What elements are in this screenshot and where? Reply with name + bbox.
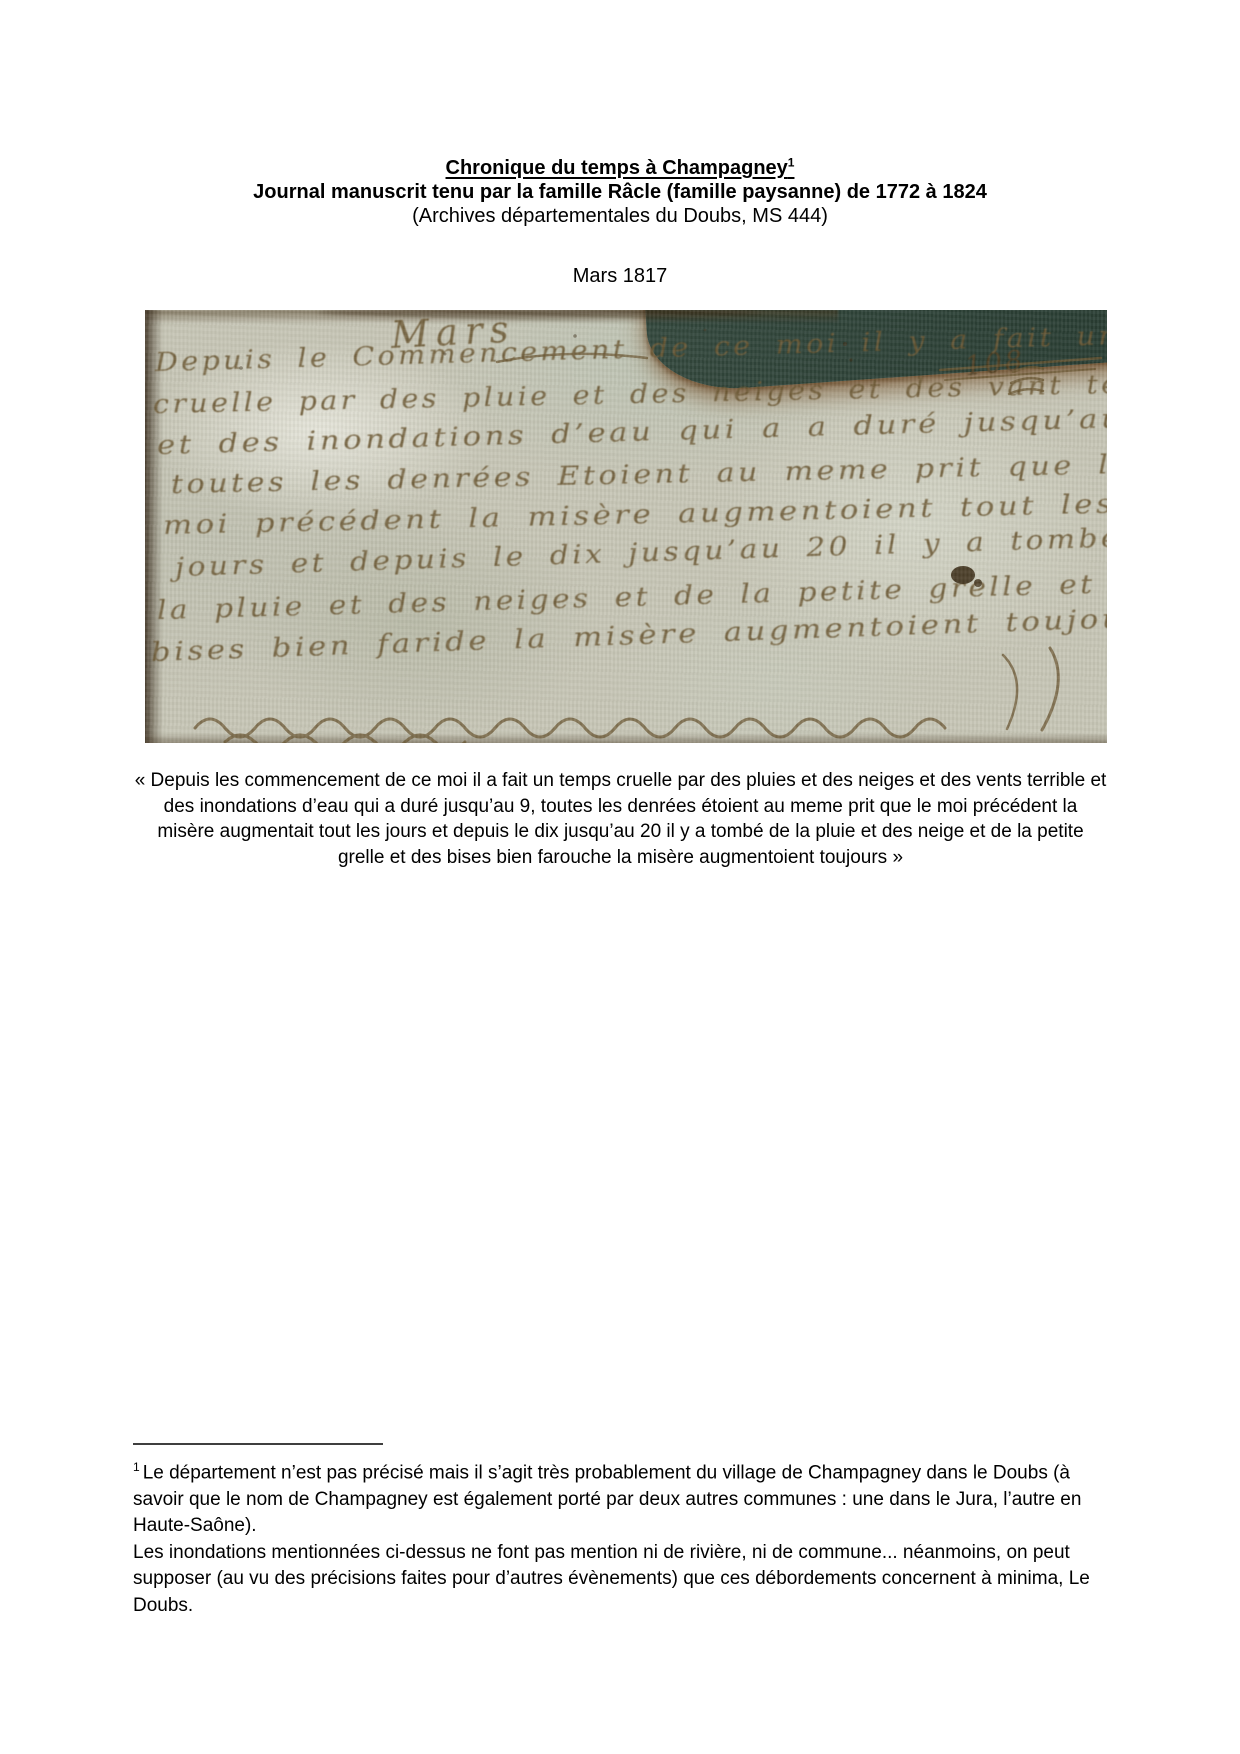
manuscript-ink-marks bbox=[145, 310, 1107, 743]
transcription-paragraph: « Depuis les commencement de ce moi il a… bbox=[133, 768, 1108, 870]
document-page: Chronique du temps à Champagney1 Journal… bbox=[0, 0, 1240, 1754]
footnote-text: 1Le département n’est pas précisé mais i… bbox=[133, 1454, 1108, 1619]
title-text: Chronique du temps à Champagney bbox=[446, 157, 788, 179]
footnote-reference: 1 bbox=[788, 155, 795, 169]
manuscript-photo: Mars 108 Depuis le Commencement de ce mo… bbox=[145, 310, 1107, 743]
footnote-paragraph-1: Le département n’est pas précisé mais il… bbox=[133, 1462, 1081, 1536]
archive-reference: (Archives départementales du Doubs, MS 4… bbox=[0, 204, 1240, 228]
footnote-separator bbox=[133, 1443, 383, 1445]
footnote-section: 1Le département n’est pas précisé mais i… bbox=[133, 1443, 1108, 1619]
section-heading: Mars 1817 bbox=[0, 265, 1240, 288]
document-title: Chronique du temps à Champagney1 bbox=[0, 150, 1240, 180]
footnote-marker: 1 bbox=[133, 1460, 140, 1474]
document-subtitle: Journal manuscrit tenu par la famille Râ… bbox=[0, 180, 1240, 204]
footnote-paragraph-2: Les inondations mentionnées ci-dessus ne… bbox=[133, 1540, 1108, 1620]
title-block: Chronique du temps à Champagney1 Journal… bbox=[0, 150, 1240, 228]
